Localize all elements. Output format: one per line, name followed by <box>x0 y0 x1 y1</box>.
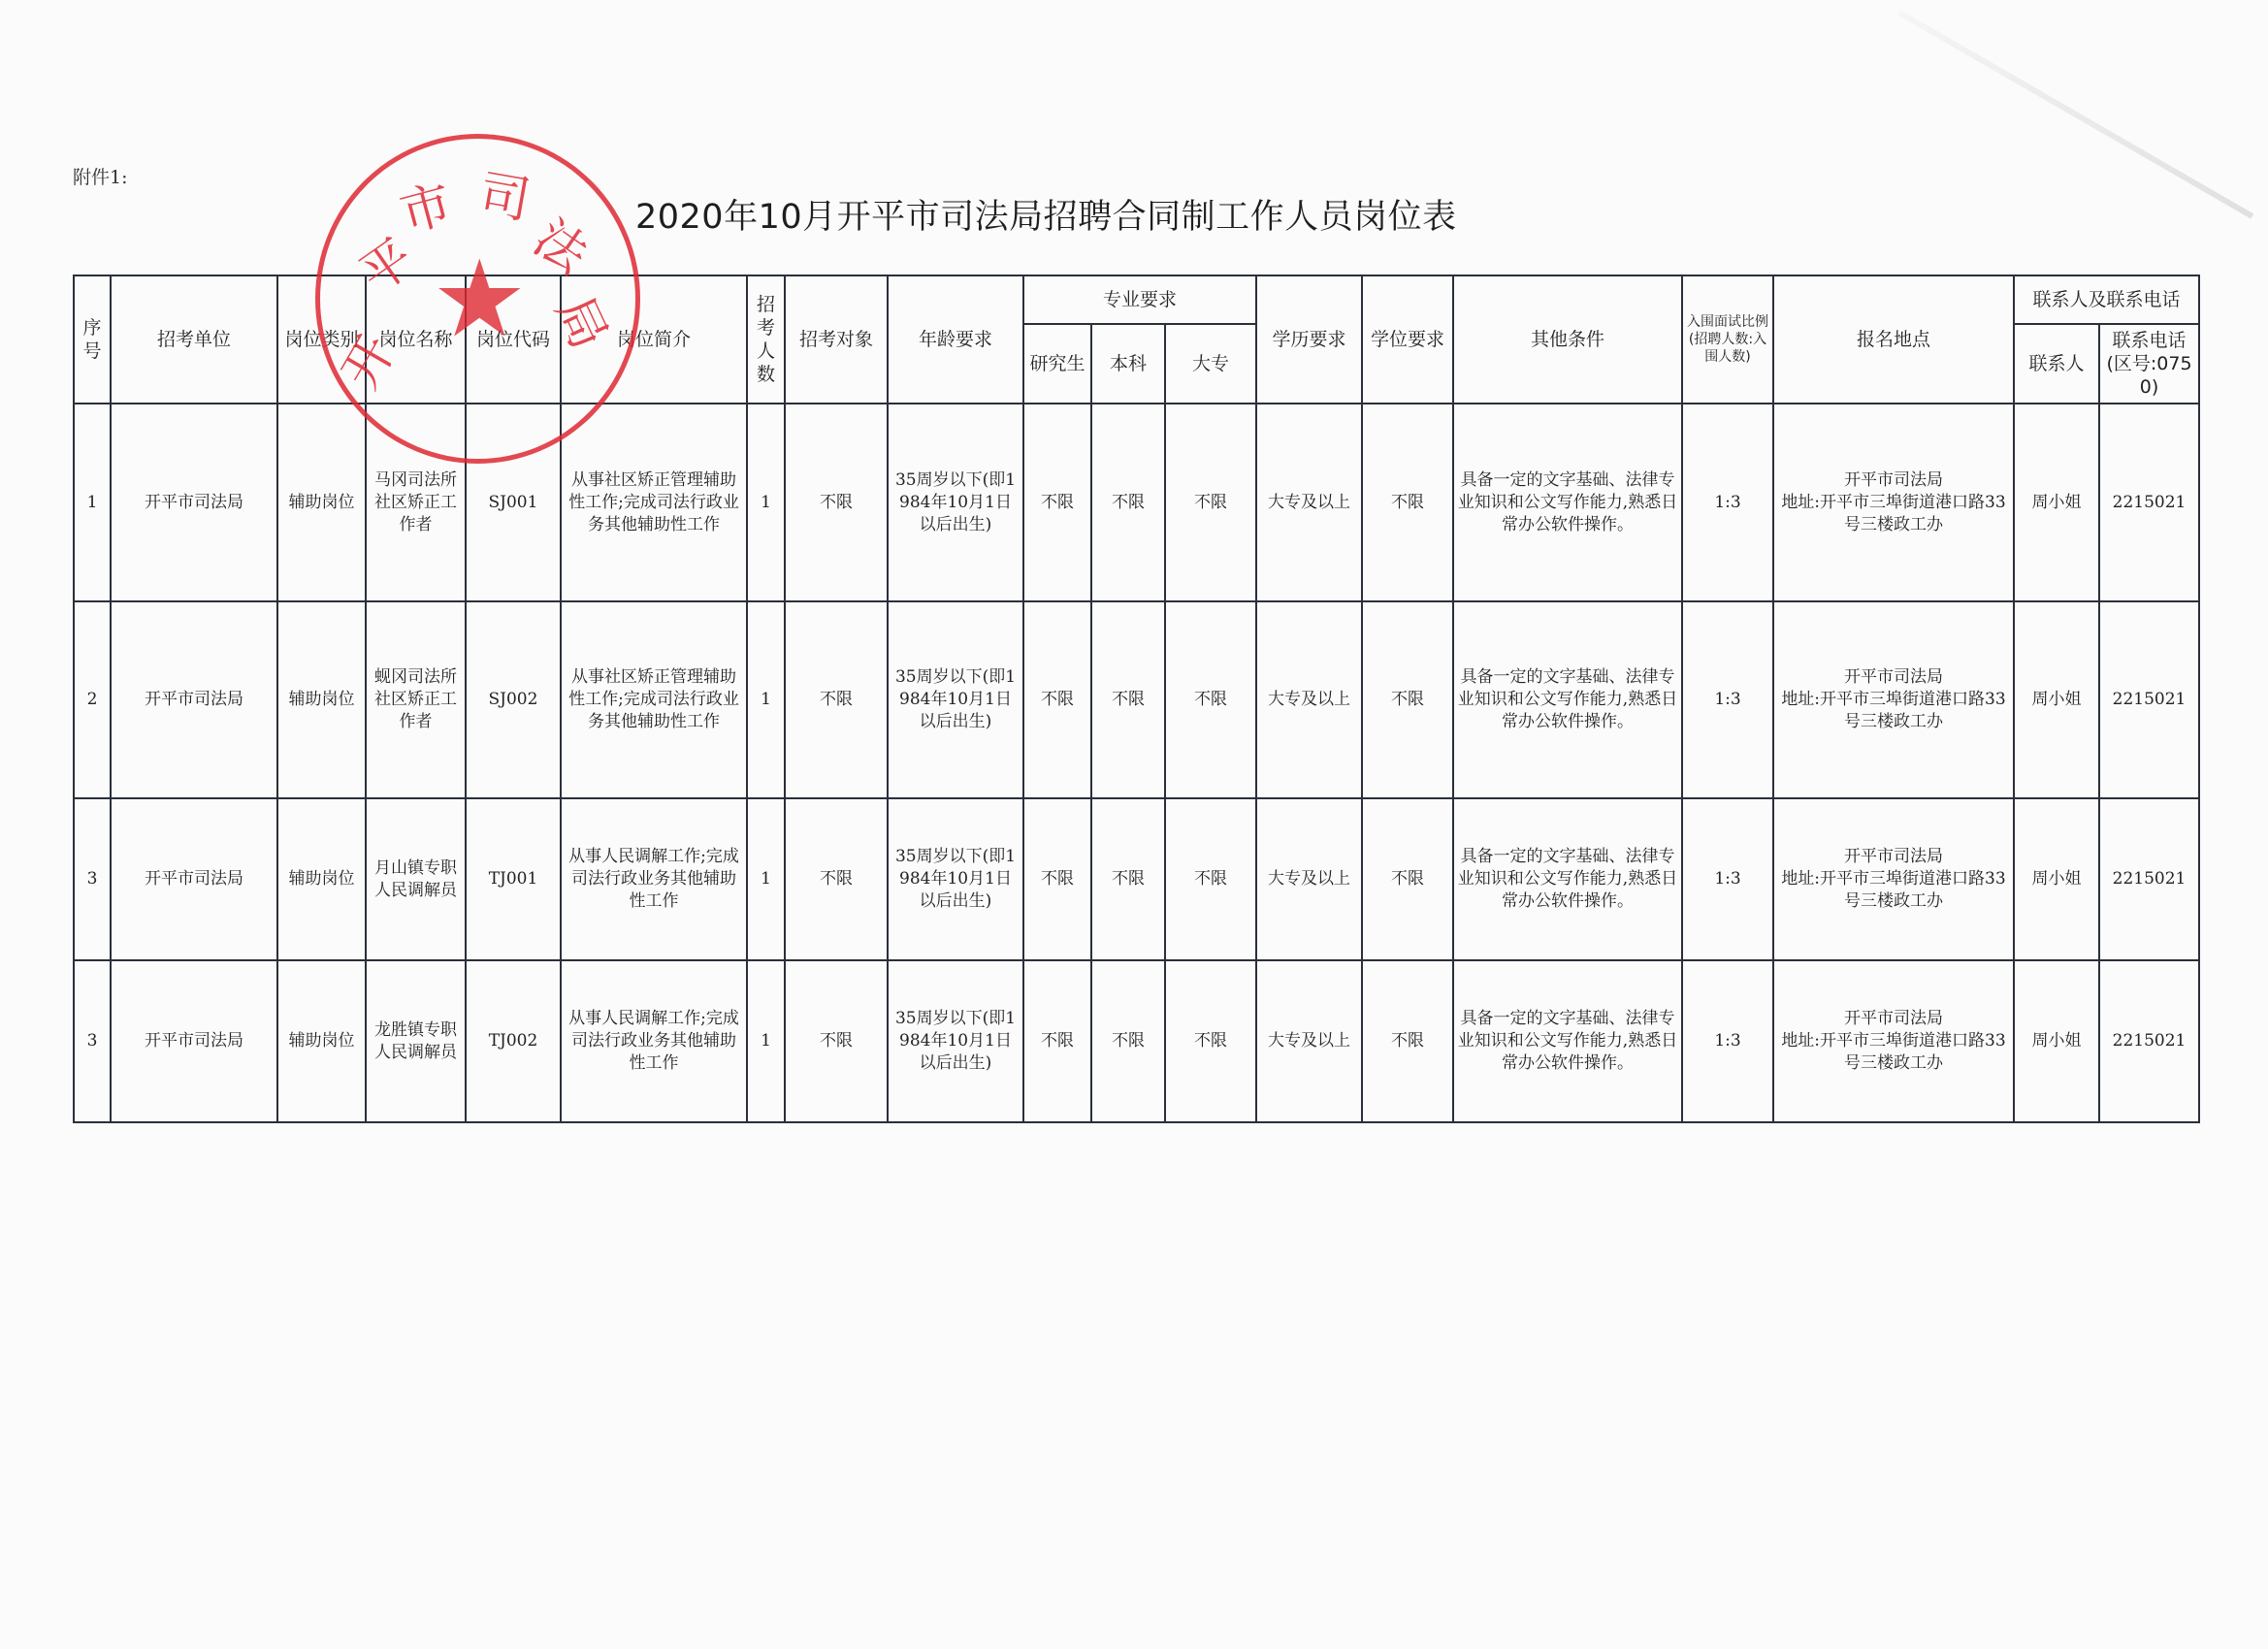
table-row: 1开平市司法局辅助岗位马冈司法所社区矫正工作者SJ001从事社区矫正管理辅助性工… <box>74 404 2199 601</box>
cell-major-college: 不限 <box>1165 404 1256 601</box>
location-org: 开平市司法局 <box>1777 666 2010 689</box>
cell-major-college: 不限 <box>1165 601 1256 798</box>
cell-category: 辅助岗位 <box>277 404 366 601</box>
cell-position-code: SJ002 <box>466 601 561 798</box>
cell-description: 从事人民调解工作;完成司法行政业务其他辅助性工作 <box>561 960 747 1122</box>
cell-education: 大专及以上 <box>1256 404 1362 601</box>
cell-location: 开平市司法局地址:开平市三埠街道港口路33号三楼政工办 <box>1773 798 2014 960</box>
cell-ratio: 1:3 <box>1682 798 1773 960</box>
cell-target: 不限 <box>785 960 888 1122</box>
header-target: 招考对象 <box>785 275 888 404</box>
location-address: 地址:开平市三埠街道港口路33号三楼政工办 <box>1777 868 2010 913</box>
cell-other: 具备一定的文字基础、法律专业知识和公文写作能力,熟悉日常办公软件操作。 <box>1453 798 1682 960</box>
cell-ratio: 1:3 <box>1682 404 1773 601</box>
cell-seq: 3 <box>74 960 111 1122</box>
cell-description: 从事人民调解工作;完成司法行政业务其他辅助性工作 <box>561 798 747 960</box>
header-degree: 学位要求 <box>1362 275 1453 404</box>
header-major-college: 大专 <box>1165 324 1256 404</box>
table-body: 1开平市司法局辅助岗位马冈司法所社区矫正工作者SJ001从事社区矫正管理辅助性工… <box>74 404 2199 1122</box>
cell-position-code: SJ001 <box>466 404 561 601</box>
cell-degree: 不限 <box>1362 601 1453 798</box>
cell-seq: 3 <box>74 798 111 960</box>
cell-other: 具备一定的文字基础、法律专业知识和公文写作能力,熟悉日常办公软件操作。 <box>1453 404 1682 601</box>
cell-target: 不限 <box>785 404 888 601</box>
location-address: 地址:开平市三埠街道港口路33号三楼政工办 <box>1777 1030 2010 1075</box>
cell-ratio: 1:3 <box>1682 960 1773 1122</box>
header-seq: 序号 <box>74 275 111 404</box>
cell-contact-phone: 2215021 <box>2099 798 2199 960</box>
cell-description: 从事社区矫正管理辅助性工作;完成司法行政业务其他辅助性工作 <box>561 404 747 601</box>
cell-position-name: 蚬冈司法所社区矫正工作者 <box>366 601 466 798</box>
cell-major-bachelor: 不限 <box>1091 404 1165 601</box>
cell-unit: 开平市司法局 <box>111 798 277 960</box>
header-position-code: 岗位代码 <box>466 275 561 404</box>
header-contact-group: 联系人及联系电话 <box>2014 275 2199 324</box>
cell-location: 开平市司法局地址:开平市三埠街道港口路33号三楼政工办 <box>1773 960 2014 1122</box>
cell-major-bachelor: 不限 <box>1091 798 1165 960</box>
location-address: 地址:开平市三埠街道港口路33号三楼政工办 <box>1777 689 2010 733</box>
header-location: 报名地点 <box>1773 275 2014 404</box>
cell-education: 大专及以上 <box>1256 601 1362 798</box>
cell-count: 1 <box>747 798 785 960</box>
cell-contact-person: 周小姐 <box>2014 601 2099 798</box>
positions-table: 序号 招考单位 岗位类别 岗位名称 岗位代码 岗位简介 招考人数 招考对象 年龄… <box>73 275 2200 1123</box>
header-description: 岗位简介 <box>561 275 747 404</box>
cell-seq: 2 <box>74 601 111 798</box>
cell-major-college: 不限 <box>1165 798 1256 960</box>
location-org: 开平市司法局 <box>1777 469 2010 492</box>
cell-contact-phone: 2215021 <box>2099 404 2199 601</box>
cell-major-postgrad: 不限 <box>1023 601 1091 798</box>
cell-other: 具备一定的文字基础、法律专业知识和公文写作能力,熟悉日常办公软件操作。 <box>1453 960 1682 1122</box>
header-major-bachelor: 本科 <box>1091 324 1165 404</box>
cell-contact-person: 周小姐 <box>2014 798 2099 960</box>
cell-contact-phone: 2215021 <box>2099 960 2199 1122</box>
cell-age: 35周岁以下(即1984年10月1日以后出生) <box>888 601 1023 798</box>
cell-age: 35周岁以下(即1984年10月1日以后出生) <box>888 798 1023 960</box>
cell-target: 不限 <box>785 601 888 798</box>
header-category: 岗位类别 <box>277 275 366 404</box>
cell-category: 辅助岗位 <box>277 601 366 798</box>
header-major-group: 专业要求 <box>1023 275 1256 324</box>
header-contact-phone: 联系电话(区号:0750) <box>2099 324 2199 404</box>
cell-unit: 开平市司法局 <box>111 404 277 601</box>
cell-degree: 不限 <box>1362 404 1453 601</box>
cell-contact-phone: 2215021 <box>2099 601 2199 798</box>
cell-contact-person: 周小姐 <box>2014 404 2099 601</box>
cell-major-postgrad: 不限 <box>1023 960 1091 1122</box>
header-age: 年龄要求 <box>888 275 1023 404</box>
cell-target: 不限 <box>785 798 888 960</box>
cell-position-code: TJ002 <box>466 960 561 1122</box>
cell-other: 具备一定的文字基础、法律专业知识和公文写作能力,熟悉日常办公软件操作。 <box>1453 601 1682 798</box>
table-row: 3开平市司法局辅助岗位龙胜镇专职人民调解员TJ002从事人民调解工作;完成司法行… <box>74 960 2199 1122</box>
cell-count: 1 <box>747 960 785 1122</box>
cell-category: 辅助岗位 <box>277 960 366 1122</box>
cell-major-college: 不限 <box>1165 960 1256 1122</box>
cell-major-postgrad: 不限 <box>1023 798 1091 960</box>
header-count: 招考人数 <box>747 275 785 404</box>
cell-position-name: 月山镇专职人民调解员 <box>366 798 466 960</box>
cell-location: 开平市司法局地址:开平市三埠街道港口路33号三楼政工办 <box>1773 404 2014 601</box>
attachment-label: 附件1: <box>73 163 128 189</box>
table-row: 2开平市司法局辅助岗位蚬冈司法所社区矫正工作者SJ002从事社区矫正管理辅助性工… <box>74 601 2199 798</box>
cell-seq: 1 <box>74 404 111 601</box>
header-education: 学历要求 <box>1256 275 1362 404</box>
seal-char: 市 <box>391 163 459 246</box>
paper-fold-mark <box>1898 10 2254 218</box>
cell-description: 从事社区矫正管理辅助性工作;完成司法行政业务其他辅助性工作 <box>561 601 747 798</box>
header-major-postgrad: 研究生 <box>1023 324 1091 404</box>
cell-age: 35周岁以下(即1984年10月1日以后出生) <box>888 404 1023 601</box>
cell-location: 开平市司法局地址:开平市三埠街道港口路33号三楼政工办 <box>1773 601 2014 798</box>
cell-position-code: TJ001 <box>466 798 561 960</box>
cell-count: 1 <box>747 601 785 798</box>
cell-education: 大专及以上 <box>1256 960 1362 1122</box>
cell-age: 35周岁以下(即1984年10月1日以后出生) <box>888 960 1023 1122</box>
table-row: 3开平市司法局辅助岗位月山镇专职人民调解员TJ001从事人民调解工作;完成司法行… <box>74 798 2199 960</box>
header-contact-person: 联系人 <box>2014 324 2099 404</box>
cell-count: 1 <box>747 404 785 601</box>
location-org: 开平市司法局 <box>1777 846 2010 868</box>
cell-ratio: 1:3 <box>1682 601 1773 798</box>
cell-position-name: 龙胜镇专职人民调解员 <box>366 960 466 1122</box>
cell-position-name: 马冈司法所社区矫正工作者 <box>366 404 466 601</box>
header-ratio: 入围面试比例(招聘人数:入围人数) <box>1682 275 1773 404</box>
cell-degree: 不限 <box>1362 960 1453 1122</box>
header-other: 其他条件 <box>1453 275 1682 404</box>
cell-degree: 不限 <box>1362 798 1453 960</box>
cell-unit: 开平市司法局 <box>111 601 277 798</box>
header-position-name: 岗位名称 <box>366 275 466 404</box>
cell-contact-person: 周小姐 <box>2014 960 2099 1122</box>
cell-category: 辅助岗位 <box>277 798 366 960</box>
table-header: 序号 招考单位 岗位类别 岗位名称 岗位代码 岗位简介 招考人数 招考对象 年龄… <box>74 275 2199 404</box>
location-address: 地址:开平市三埠街道港口路33号三楼政工办 <box>1777 492 2010 536</box>
cell-major-bachelor: 不限 <box>1091 960 1165 1122</box>
document-title: 2020年10月开平市司法局招聘合同制工作人员岗位表 <box>635 190 1457 239</box>
location-org: 开平市司法局 <box>1777 1008 2010 1030</box>
cell-major-bachelor: 不限 <box>1091 601 1165 798</box>
seal-char: 司 <box>474 152 536 233</box>
cell-unit: 开平市司法局 <box>111 960 277 1122</box>
cell-major-postgrad: 不限 <box>1023 404 1091 601</box>
cell-education: 大专及以上 <box>1256 798 1362 960</box>
header-unit: 招考单位 <box>111 275 277 404</box>
